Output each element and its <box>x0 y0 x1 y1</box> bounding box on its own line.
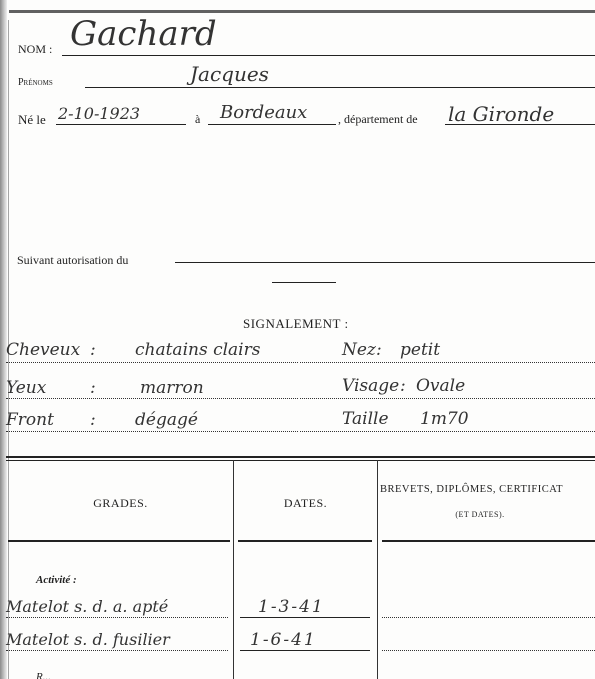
header-rule-brevets <box>382 540 595 542</box>
signalement-sep: : <box>90 340 96 360</box>
header-grades: GRADES. <box>8 496 233 511</box>
signalement-value-yeux: marron <box>140 378 204 398</box>
signalement-field-taille: Taille <box>342 409 389 429</box>
nom-underline <box>62 55 595 56</box>
signalement-value-cheveux: chatains clairs <box>135 340 260 360</box>
row-2-date-line <box>240 650 370 651</box>
header-rule-grades <box>8 540 230 542</box>
signalement-title: SIGNALEMENT : <box>243 316 349 332</box>
signalement-sep: : <box>90 378 96 398</box>
signalement-value-taille: 1m70 <box>420 409 469 429</box>
signalement-value-front: dégagé <box>135 410 198 430</box>
signalement-sep: : <box>400 376 406 396</box>
table-top-rule-inner <box>6 460 595 461</box>
row-2-grade-line <box>6 650 228 651</box>
signalement-sep: : <box>90 410 96 430</box>
table-col-divider-2 <box>377 460 378 679</box>
date-cell: 1-6-41 <box>250 630 317 650</box>
departement-underline <box>445 124 595 125</box>
section-next-partial: R... <box>36 671 51 679</box>
date-cell: 1-3-41 <box>258 597 325 617</box>
row-2-brevets-line <box>382 650 595 651</box>
row-1-date-line <box>240 617 370 618</box>
nom-label: NOM : <box>18 42 52 57</box>
top-border-rule <box>9 10 595 13</box>
departement-value: la Gironde <box>448 102 554 126</box>
signalement-field-cheveux: Cheveux <box>6 340 80 360</box>
signalement-line-3-right <box>300 431 595 432</box>
autorisation-underline <box>175 262 595 263</box>
prenoms-underline <box>85 87 595 88</box>
signalement-field-nez: Nez <box>342 340 376 360</box>
row-1-grade-line <box>6 617 228 618</box>
signalement-line-1-left <box>6 362 298 363</box>
signalement-field-front: Front <box>6 410 54 430</box>
document-page: NOM : Gachard Prénoms Jacques Né le 2-10… <box>0 0 595 679</box>
ne-le-label: Né le <box>18 112 46 128</box>
header-dates: DATES. <box>234 496 377 511</box>
table-col-divider-1 <box>233 460 234 679</box>
signalement-value-nez: petit <box>400 340 440 360</box>
table-top-rule <box>6 456 595 458</box>
signalement-line-1-right <box>300 362 595 363</box>
signalement-field-yeux: Yeux <box>6 378 46 398</box>
row-1-brevets-line <box>382 617 595 618</box>
a-label: à <box>195 112 200 127</box>
signalement-value-visage: Ovale <box>416 376 465 396</box>
grade-cell: Matelot s. d. a. apté <box>6 597 168 616</box>
signalement-line-2-left <box>6 398 298 399</box>
prenoms-value: Jacques <box>190 62 269 86</box>
prenoms-label: Prénoms <box>18 77 53 88</box>
signalement-sep: : <box>376 340 382 360</box>
birth-date-value: 2-10-1923 <box>58 104 140 123</box>
signalement-line-2-right <box>300 398 595 399</box>
departement-label: , département de <box>338 112 418 127</box>
nom-value: Gachard <box>70 14 217 54</box>
signalement-line-3-left <box>6 431 298 432</box>
separator-short-rule <box>272 282 336 283</box>
section-activite-label: Activité : <box>36 574 77 586</box>
birth-date-underline <box>56 124 186 125</box>
grade-cell: Matelot s. d. fusilier <box>6 630 170 649</box>
autorisation-label: Suivant autorisation du <box>17 253 128 268</box>
signalement-field-visage: Visage <box>342 376 399 396</box>
birth-place-underline <box>208 124 336 125</box>
birth-place-value: Bordeaux <box>220 102 307 123</box>
header-brevets-sub: (ET DATES). <box>380 510 580 519</box>
header-rule-dates <box>238 540 372 542</box>
header-brevets: BREVETS, DIPLÔMES, CERTIFICAT <box>380 484 595 495</box>
